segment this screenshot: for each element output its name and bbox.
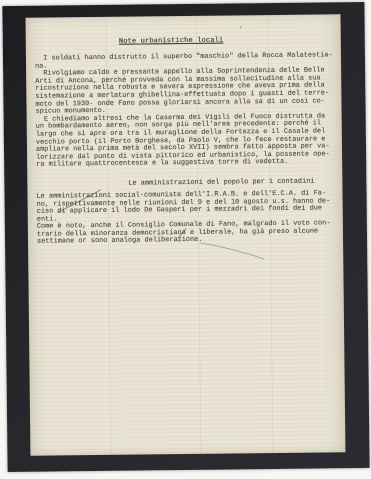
document-paper: Note urbanistiche locali I soldati hanno… xyxy=(26,14,346,456)
document-title: Note urbanistiche locali xyxy=(119,35,334,45)
typewritten-content: Note urbanistiche locali I soldati hanno… xyxy=(35,35,336,246)
paper-speck xyxy=(240,26,242,28)
document-body-part1: I soldati hanno distrutto il superbo "ma… xyxy=(35,52,335,169)
section-heading: Le amministrazioni del popolo per i cont… xyxy=(128,177,335,187)
document-body-part2: Le amministrazioni social-comuniste dell… xyxy=(36,190,336,247)
scanned-document-photo: Note urbanistiche locali I soldati hanno… xyxy=(0,0,371,479)
scan-black-frame: Note urbanistiche locali I soldati hanno… xyxy=(2,2,369,472)
